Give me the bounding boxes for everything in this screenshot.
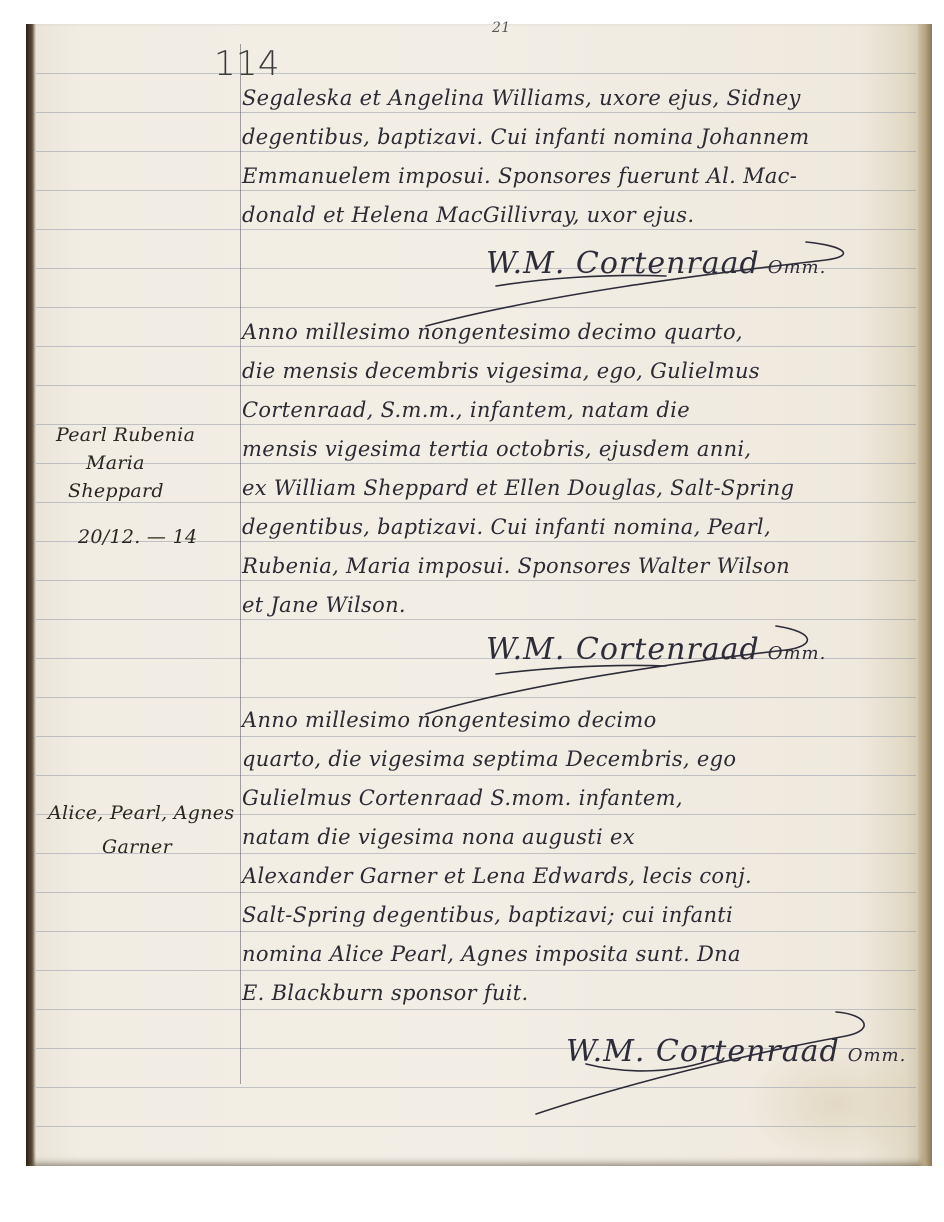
register-page: 21 114 Segaleska et Angelina Williams, u… <box>26 24 932 1166</box>
signature-flourishes <box>26 24 932 1166</box>
